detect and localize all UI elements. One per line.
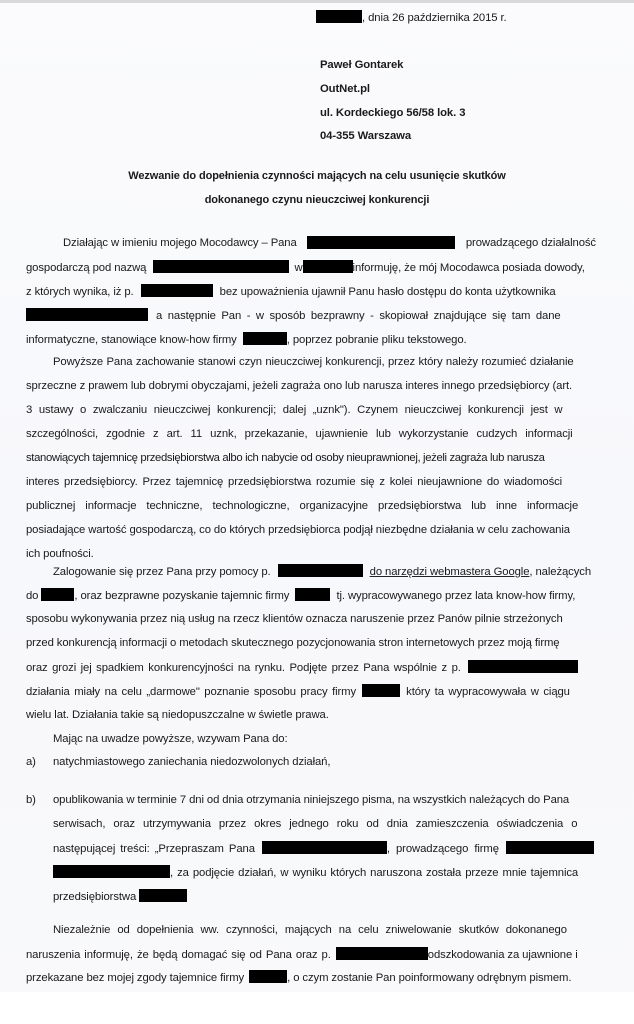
redacted-person <box>278 564 363 577</box>
p3-line7: wielu lat. Działania takie są niedopuszc… <box>26 708 596 722</box>
date-line: , dnia 26 października 2015 r. <box>316 10 507 25</box>
redacted-account <box>26 308 148 321</box>
redacted-person <box>468 660 578 673</box>
redacted-firm <box>362 684 400 697</box>
p3-line1: Zalogowanie się przez Pana przy pomocy p… <box>53 564 596 579</box>
p2-line1: Powyższe Pana zachowanie stanowi czyn ni… <box>53 355 596 369</box>
redacted-client-name <box>262 841 387 854</box>
demand-b-line5: przedsiębiorstwa <box>53 889 187 904</box>
demand-b-line3: następującej treści: „Przepraszam Pana ,… <box>53 841 596 856</box>
redacted-company-name <box>53 865 170 878</box>
p4-line2: naruszenia informuję, że będą domagać si… <box>26 947 596 962</box>
recipient-street: ul. Kordeckiego 56/58 lok. 3 <box>320 106 465 120</box>
p1-line3: z których wynika, iż p. bez upoważnienia… <box>26 284 596 299</box>
p1-line4: a następnie Pan - w sposób bezprawny - s… <box>26 308 596 323</box>
p3-line3: sposobu wykonywania przez nią usług na r… <box>26 612 596 626</box>
redacted-company-name <box>153 260 289 273</box>
p4-line3: przekazane bez mojej zgody tajemnice fir… <box>26 970 596 985</box>
p2-line4: szczególności, zgodnie z art. 11 uznk, p… <box>26 427 596 441</box>
demand-b-line1: opublikowania w terminie 7 dni od dnia o… <box>53 793 596 807</box>
redacted-firm <box>41 588 74 601</box>
letter-title-line1: Wezwanie do dopełnienia czynności mający… <box>0 169 634 183</box>
demand-b-line2: serwisach, oraz utrzymywania przez okres… <box>53 817 596 831</box>
redacted-firm <box>295 588 330 601</box>
redacted-city <box>303 260 353 273</box>
redacted-place <box>316 10 362 23</box>
redacted-firm <box>243 332 287 345</box>
p2-line7: publicznej informacje techniczne, techno… <box>26 499 596 513</box>
letter-title-line2: dokonanego czynu nieuczciwej konkurencji <box>0 193 634 207</box>
p2-line9: ich poufności. <box>26 547 596 561</box>
p2-line6: interes przedsiębiorcy. Przez tajemnicę … <box>26 475 596 489</box>
p3-line5: oraz grozi jej spadkiem konkurencyjności… <box>26 660 596 675</box>
p3-line6: działania miały na celu „darmowe" poznan… <box>26 684 596 699</box>
demands-intro: Mając na uwadze powyższe, wzywam Pana do… <box>53 732 288 746</box>
redacted-client-name <box>307 236 455 249</box>
redacted-firm <box>249 970 287 983</box>
webmaster-tools-reference: do narzędzi webmastera Google <box>370 566 530 578</box>
recipient-name: Paweł Gontarek <box>320 58 403 72</box>
page-bottom-margin <box>0 992 634 1024</box>
recipient-company: OutNet.pl <box>320 82 370 96</box>
demand-a-text: natychmiastowego zaniechania niedozwolon… <box>53 755 330 769</box>
demand-b-line4: , za podjęcie działań, w wyniku których … <box>53 865 596 880</box>
p3-line4: przed konkurencją informacji o metodach … <box>26 636 596 650</box>
p3-line2: do , oraz bezprawne pozyskanie tajemnic … <box>26 588 596 603</box>
p2-line3: 3 ustawy o zwalczaniu nieuczciwej konkur… <box>26 403 596 417</box>
demand-b-label: b) <box>26 793 36 807</box>
p4-line1: Niezależnie od dopełnienia ww. czynności… <box>53 923 596 937</box>
demand-a-label: a) <box>26 755 36 769</box>
p2-line8: posiadające wartość gospodarczą, co do k… <box>26 523 596 537</box>
p1-line1: Działając w imieniu mojego Mocodawcy – P… <box>63 236 596 250</box>
redacted-company-name <box>506 841 594 854</box>
recipient-city: 04-355 Warszawa <box>320 129 411 143</box>
p2-line2: sprzeczne z prawem lub dobrymi obyczajam… <box>26 379 596 393</box>
redacted-person <box>141 284 213 297</box>
redacted-firm <box>139 889 187 902</box>
p2-line5: stanowiących tajemnicę przedsiębiorstwa … <box>26 451 596 465</box>
redacted-person <box>336 947 428 960</box>
p1-line5: informatyczne, stanowiące know-how firmy… <box>26 332 596 347</box>
p1-line2: gospodarczą pod nazwą winformuję, że mój… <box>26 260 596 275</box>
